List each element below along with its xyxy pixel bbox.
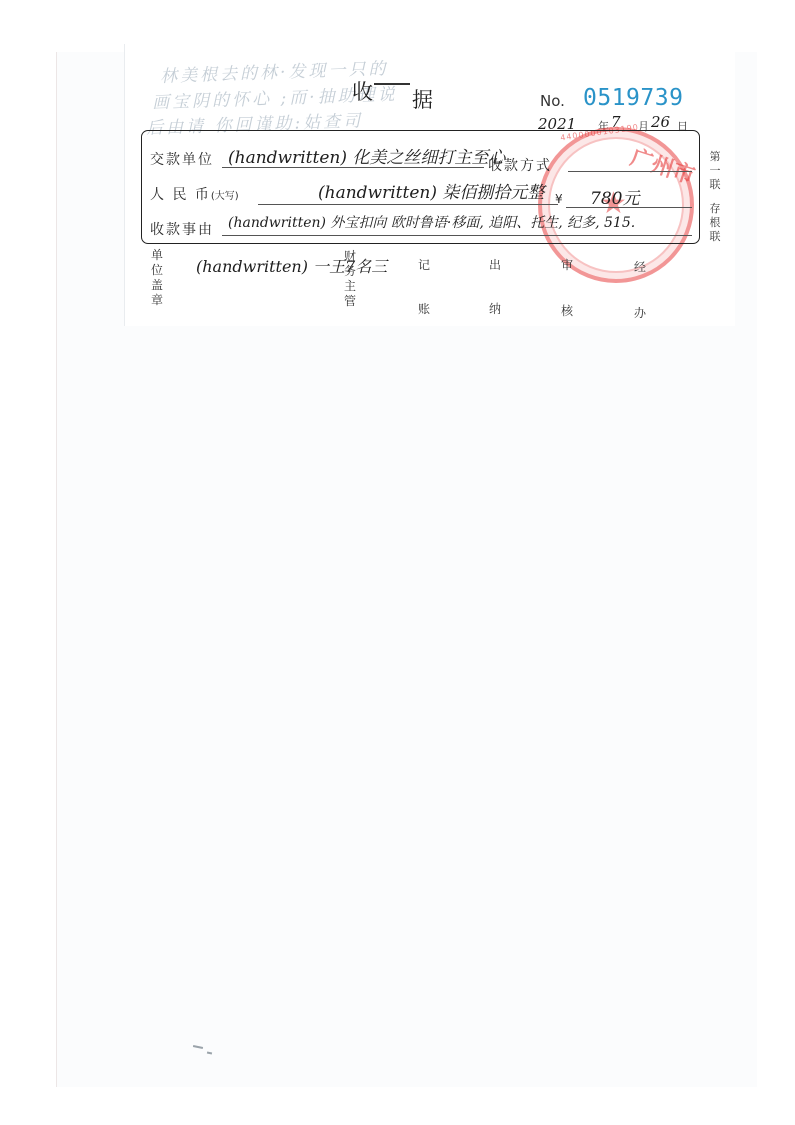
unit-seal-value: (handwritten) 一王7名三 <box>196 254 387 277</box>
date-day: 26 <box>651 113 670 131</box>
cashier-label-bottom: 纳 <box>489 300 501 317</box>
bookkeeper-label-top: 记 <box>418 256 430 273</box>
auditor-label-bottom: 核 <box>561 302 573 319</box>
title-left-char: 收 <box>352 76 373 106</box>
amount-label-note: (大写) <box>211 191 239 202</box>
copy-part-label: 第一联 <box>708 150 722 192</box>
title-right-char: 据 <box>412 84 433 114</box>
payer-value: (handwritten) 化美之丝细打主至心 <box>228 143 505 168</box>
handler-label-top: 经 <box>634 258 646 275</box>
payment-method-label: 收款方式 <box>488 155 552 175</box>
payment-method-underline <box>568 171 692 172</box>
title-rule <box>374 83 410 85</box>
amount-label-text: 人 民 币 <box>150 187 211 203</box>
payer-label: 交款单位 <box>150 149 214 169</box>
handler-label-bottom: 办 <box>634 304 646 321</box>
bookkeeper-label-bottom: 账 <box>418 300 430 317</box>
amount-label: 人 民 币(大写) <box>150 184 239 204</box>
auditor-label-top: 审 <box>561 256 573 273</box>
payer-underline <box>222 167 484 168</box>
amount-words-value: (handwritten) 柒佰捌拾元整 <box>318 178 544 203</box>
amount-numeric-value: 780元 <box>590 184 639 209</box>
finance-supervisor-label: 财务主管 <box>343 249 357 309</box>
reason-value: (handwritten) 外宝扣向 欧时鲁语·移面, 追阳、托生, 纪多, 5… <box>228 212 635 232</box>
reason-underline <box>222 235 692 236</box>
copy-purpose-label: 存根联 <box>708 202 722 244</box>
reason-label: 收款事由 <box>150 219 214 239</box>
cashier-label-top: 出 <box>489 256 501 273</box>
unit-seal-label: 单位盖章 <box>150 248 164 308</box>
serial-number: 0519739 <box>583 85 683 111</box>
serial-label: No. <box>540 92 565 110</box>
amount-words-underline <box>258 204 558 205</box>
yen-symbol: ¥ <box>555 192 565 206</box>
amount-numeric-underline <box>566 207 692 208</box>
